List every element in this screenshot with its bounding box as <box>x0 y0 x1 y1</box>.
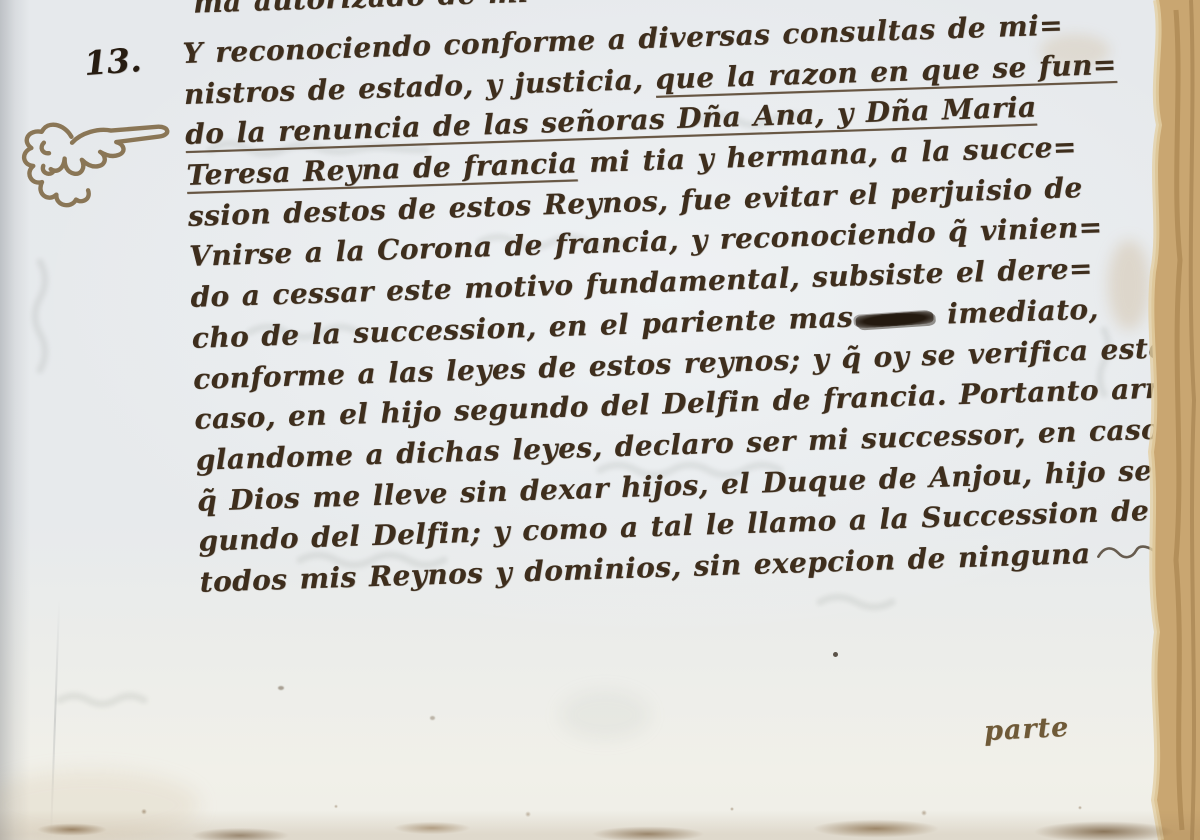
pointing-hand-icon <box>20 100 178 220</box>
ink-speck <box>430 716 435 720</box>
line-text: imediato, <box>935 292 1100 330</box>
paper-deckle-edge <box>1136 0 1200 840</box>
manuscript-text-block: ma autorizado de mi ss Y reconociendo co… <box>182 3 1158 603</box>
paper-stain <box>560 690 650 740</box>
manuscript-page: { "page": { "margin_number": "13.", "top… <box>0 0 1200 840</box>
line-flourish-text: ss <box>750 0 786 3</box>
ink-speck <box>833 652 838 657</box>
margin-paragraph-number: 13. <box>83 40 143 83</box>
torn-bottom-edge <box>0 810 1200 840</box>
catchword: parte <box>983 712 1070 747</box>
crossed-out-word <box>855 310 934 328</box>
ink-speck <box>278 686 284 690</box>
underlined-text: Teresa Reyna de francia <box>186 146 578 192</box>
